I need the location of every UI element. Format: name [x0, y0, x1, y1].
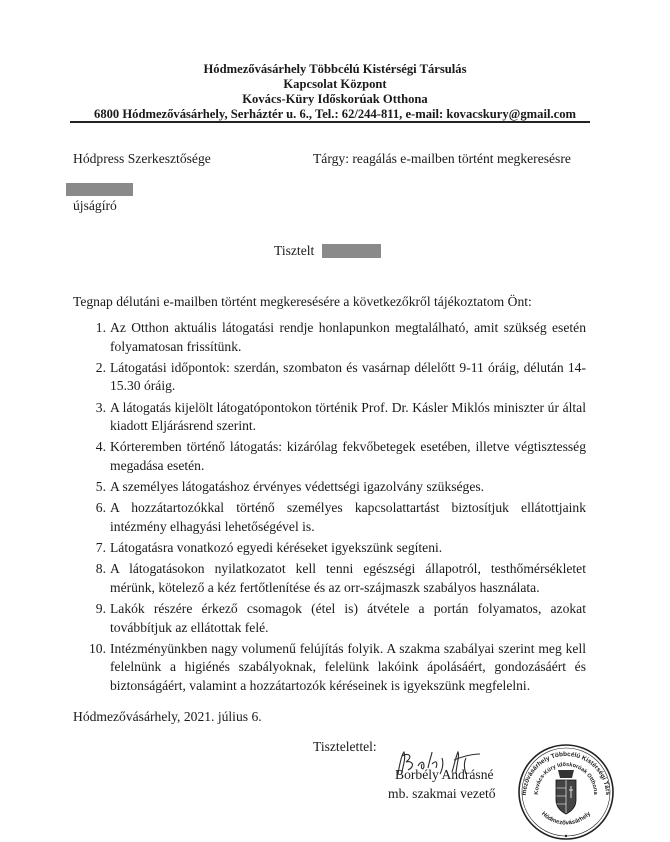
- recipient-organization: Hódpress Szerkesztősége: [73, 150, 211, 168]
- list-item-number: 4.: [92, 438, 106, 457]
- list-item-number: 7.: [92, 539, 106, 558]
- list-item-number: 10.: [86, 640, 106, 659]
- letterhead-home: Kovács-Küry Időskorúak Otthona: [0, 92, 670, 107]
- letterhead: Hódmezővásárhely Többcélú Kistérségi Tár…: [0, 62, 670, 122]
- coat-of-arms-icon: [556, 770, 576, 814]
- signatory-title: mb. szakmai vezető: [388, 785, 496, 803]
- list-item-text: A látogatás kijelölt látogatópontokon tö…: [110, 399, 586, 436]
- letterhead-divider: [70, 121, 590, 123]
- list-item-number: 9.: [92, 600, 106, 619]
- list-item: 2. Látogatási időpontok: szerdán, szomba…: [74, 359, 586, 396]
- list-item-number: 3.: [92, 399, 106, 418]
- signatory-name: Borbély Andrásné: [395, 766, 494, 784]
- numbered-list: 1. Az Otthon aktuális látogatási rendje …: [74, 319, 586, 698]
- list-item-number: 1.: [92, 319, 106, 338]
- list-item-number: 6.: [92, 499, 106, 518]
- list-item: 4. Kórteremben történő látogatás: kizáró…: [74, 438, 586, 475]
- list-item-text: Látogatásra vonatkozó egyedi kéréseket i…: [110, 539, 586, 558]
- intro-paragraph: Tegnap délutáni e-mailben történt megker…: [73, 293, 532, 311]
- list-item-text: Az Otthon aktuális látogatási rendje hon…: [110, 319, 586, 356]
- list-item-text: A személyes látogatáshoz érvényes védett…: [110, 478, 586, 497]
- list-item-text: Lakók részére érkező csomagok (étel is) …: [110, 600, 586, 637]
- list-item-text: Látogatási időpontok: szerdán, szombaton…: [110, 359, 586, 396]
- letterhead-center: Kapcsolat Központ: [0, 77, 670, 92]
- closing: Tisztelettel:: [313, 738, 377, 756]
- list-item: 5. A személyes látogatáshoz érvényes véd…: [74, 478, 586, 497]
- redacted-recipient-name: [66, 183, 133, 196]
- list-item-number: 2.: [92, 359, 106, 378]
- list-item-text: A hozzátartozókkal történő személyes kap…: [110, 499, 586, 536]
- list-item: 3. A látogatás kijelölt látogatópontokon…: [74, 399, 586, 436]
- letterhead-organization: Hódmezővásárhely Többcélú Kistérségi Tár…: [0, 62, 670, 77]
- list-item-number: 5.: [92, 478, 106, 497]
- redacted-salutation-name: [322, 244, 381, 258]
- official-round-stamp-icon: Hódmezővásárhely Többcélú Kistérségi Tár…: [512, 740, 620, 840]
- list-item-text: Intézményünkben nagy volumenű felújítás …: [110, 640, 586, 696]
- list-item-number: 8.: [92, 560, 106, 579]
- salutation-prefix: Tisztelt: [274, 242, 314, 260]
- subject-line: Tárgy: reagálás e-mailben történt megker…: [313, 150, 571, 168]
- letterhead-contact: 6800 Hódmezővásárhely, Serháztér u. 6., …: [0, 107, 670, 122]
- list-item: 10. Intézményünkben nagy volumenű felújí…: [74, 640, 586, 696]
- list-item: 6. A hozzátartozókkal történő személyes …: [74, 499, 586, 536]
- list-item: 7. Látogatásra vonatkozó egyedi kéréseke…: [74, 539, 586, 558]
- recipient-role: újságíró: [73, 197, 117, 215]
- place-and-date: Hódmezővásárhely, 2021. július 6.: [73, 708, 262, 726]
- list-item: 1. Az Otthon aktuális látogatási rendje …: [74, 319, 586, 356]
- list-item-text: A látogatásokon nyilatkozatot kell tenni…: [110, 560, 586, 597]
- list-item-text: Kórteremben történő látogatás: kizárólag…: [110, 438, 586, 475]
- list-item: 9. Lakók részére érkező csomagok (étel i…: [74, 600, 586, 637]
- list-item: 8. A látogatásokon nyilatkozatot kell te…: [74, 560, 586, 597]
